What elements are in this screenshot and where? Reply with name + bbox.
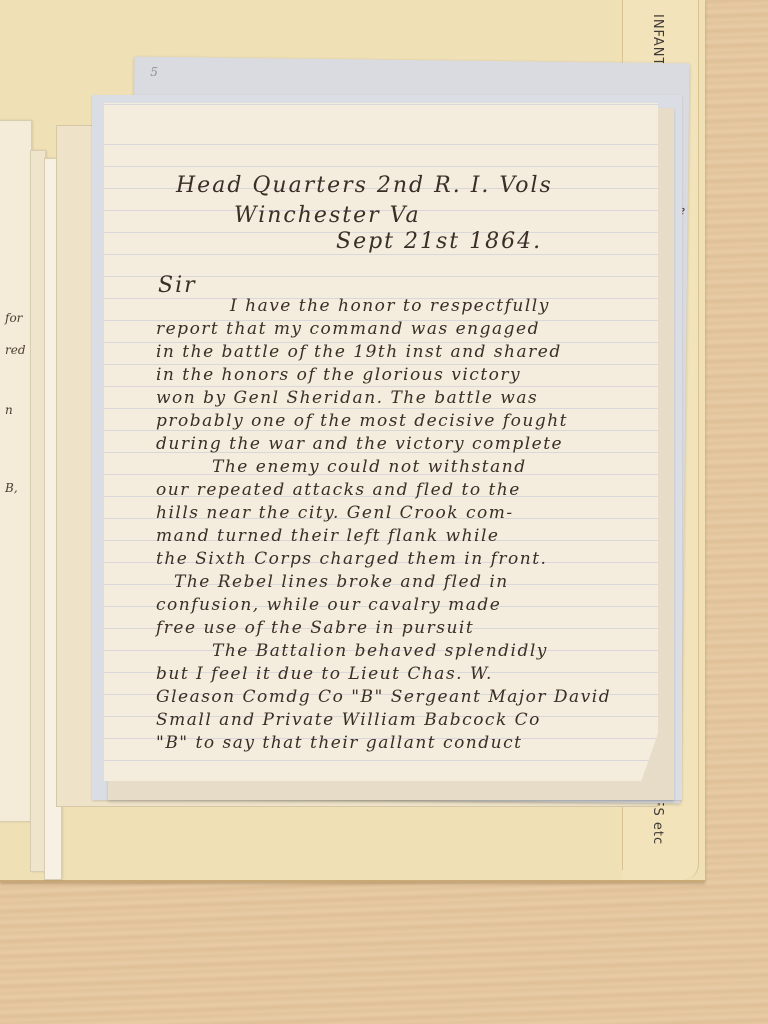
letter-line: during the war and the victory complete bbox=[156, 434, 563, 454]
letter-line: The enemy could not withstand bbox=[212, 457, 527, 477]
handwritten-letter: Head Quarters 2nd R. I. Vols Winchester … bbox=[104, 103, 658, 781]
letter-heading-date: Sept 21st 1864. bbox=[336, 229, 542, 254]
letter-line: probably one of the most decisive fought bbox=[156, 411, 568, 431]
letter-line: Gleason Comdg Co "B" Sergeant Major Davi… bbox=[156, 687, 611, 707]
left-fragment-3: n bbox=[5, 403, 13, 417]
letter-line: confusion, while our cavalry made bbox=[156, 595, 501, 615]
letter-line: Small and Private William Babcock Co bbox=[156, 710, 541, 730]
left-fragment-1: for bbox=[5, 311, 22, 325]
letter-line: our repeated attacks and fled to the bbox=[156, 480, 521, 500]
letter-line: report that my command was engaged bbox=[156, 319, 540, 339]
page-number: 5 bbox=[150, 65, 158, 79]
letter-line: mand turned their left flank while bbox=[156, 526, 499, 546]
left-fragment-2: red bbox=[5, 343, 26, 357]
letter-line: in the battle of the 19th inst and share… bbox=[156, 342, 562, 362]
letter-line: hills near the city. Genl Crook com- bbox=[156, 503, 514, 523]
letter-line: the Sixth Corps charged them in front. bbox=[156, 549, 547, 569]
left-paper-1: for red n B, bbox=[0, 120, 32, 822]
letter-line: but I feel it due to Lieut Chas. W. bbox=[156, 664, 493, 684]
letter-line: won by Genl Sheridan. The battle was bbox=[156, 388, 538, 408]
letter-line: The Battalion behaved splendidly bbox=[212, 641, 548, 661]
left-document-stack: for red n B, bbox=[0, 110, 62, 840]
letter-line: I have the honor to respectfully bbox=[230, 296, 550, 316]
letter-heading-line1: Head Quarters 2nd R. I. Vols bbox=[176, 173, 553, 198]
letter-line: "B" to say that their gallant conduct bbox=[156, 733, 522, 753]
letter-line: The Rebel lines broke and fled in bbox=[174, 572, 509, 592]
letter-line: in the honors of the glorious victory bbox=[156, 365, 521, 385]
left-fragment-4: B, bbox=[5, 481, 18, 495]
letter-line: free use of the Sabre in pursuit bbox=[156, 618, 474, 638]
letter-salutation: Sir bbox=[158, 273, 197, 298]
letter-heading-line2: Winchester Va bbox=[234, 203, 421, 228]
